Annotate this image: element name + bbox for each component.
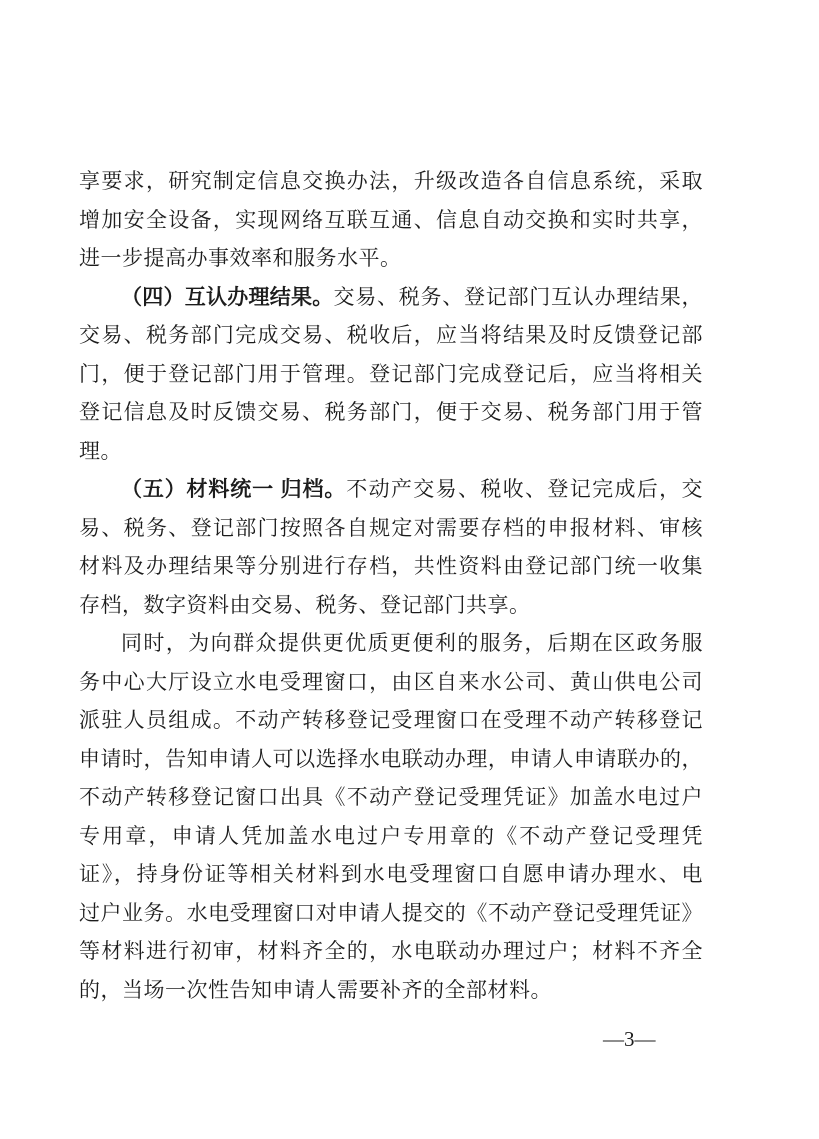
text-line: 的，当场一次性告知申请人需要补齐的全部材料。: [79, 971, 703, 1010]
text-line: 门，便于登记部门用于管理。登记部门完成登记后，应当将相关: [79, 355, 703, 394]
text-line: 进一步提高办事效率和服务水平。: [79, 239, 703, 278]
text-line: 材料及办理结果等分别进行存档，共性资料由登记部门统一收集: [79, 547, 703, 586]
document-page: 享要求，研究制定信息交换办法，升级改造各自信息系统，采取 增加安全设备，实现网络…: [0, 0, 819, 1139]
paragraph: （四）互认办理结果。交易、税务、登记部门互认办理结果， 交易、税务部门完成交易、…: [79, 278, 703, 471]
text-line: （四）互认办理结果。交易、税务、登记部门互认办理结果，: [79, 278, 703, 317]
text-line: 增加安全设备，实现网络互联互通、信息自动交换和实时共享，: [79, 201, 703, 240]
section-heading: （四）互认办理结果。: [121, 286, 334, 309]
paragraph: （五）材料统一 归档。不动产交易、税收、登记完成后，交 易、税务、登记部门按照各…: [79, 470, 703, 624]
text-line: 专用章，申请人凭加盖水电过户专用章的《不动产登记受理凭: [79, 817, 703, 856]
text-line: 不动产转移登记窗口出具《不动产登记受理凭证》加盖水电过户: [79, 778, 703, 817]
paragraph: 同时，为向群众提供更优质更便利的服务，后期在区政务服 务中心大厅设立水电受理窗口…: [79, 624, 703, 1009]
text-line: 登记信息及时反馈交易、税务部门，便于交易、税务部门用于管: [79, 393, 703, 432]
text-line: 享要求，研究制定信息交换办法，升级改造各自信息系统，采取: [79, 162, 703, 201]
paragraph: 享要求，研究制定信息交换办法，升级改造各自信息系统，采取 增加安全设备，实现网络…: [79, 162, 703, 278]
section-heading: （五）材料统一 归档。: [121, 478, 346, 501]
text-line: 务中心大厅设立水电受理窗口，由区自来水公司、黄山供电公司: [79, 663, 703, 702]
text-line: （五）材料统一 归档。不动产交易、税收、登记完成后，交: [79, 470, 703, 509]
page-number: —3—: [603, 1026, 656, 1052]
text-line: 过户业务。水电受理窗口对申请人提交的《不动产登记受理凭证》: [79, 894, 703, 933]
text-line: 易、税务、登记部门按照各自规定对需要存档的申报材料、审核: [79, 509, 703, 548]
document-body: 享要求，研究制定信息交换办法，升级改造各自信息系统，采取 增加安全设备，实现网络…: [79, 162, 703, 1009]
text-line: 同时，为向群众提供更优质更便利的服务，后期在区政务服: [79, 624, 703, 663]
text-line: 存档，数字资料由交易、税务、登记部门共享。: [79, 586, 703, 625]
text-line: 派驻人员组成。不动产转移登记受理窗口在受理不动产转移登记: [79, 701, 703, 740]
text-line: 理。: [79, 432, 703, 471]
text-line: 申请时，告知申请人可以选择水电联动办理，申请人申请联办的，: [79, 740, 703, 779]
text-line: 证》，持身份证等相关材料到水电受理窗口自愿申请办理水、电: [79, 855, 703, 894]
text-line: 交易、税务部门完成交易、税收后，应当将结果及时反馈登记部: [79, 316, 703, 355]
text-run: 交易、税务、登记部门互认办理结果，: [334, 285, 704, 309]
text-run: 不动产交易、税收、登记完成后，交: [346, 477, 703, 501]
text-line: 等材料进行初审，材料齐全的，水电联动办理过户；材料不齐全: [79, 932, 703, 971]
